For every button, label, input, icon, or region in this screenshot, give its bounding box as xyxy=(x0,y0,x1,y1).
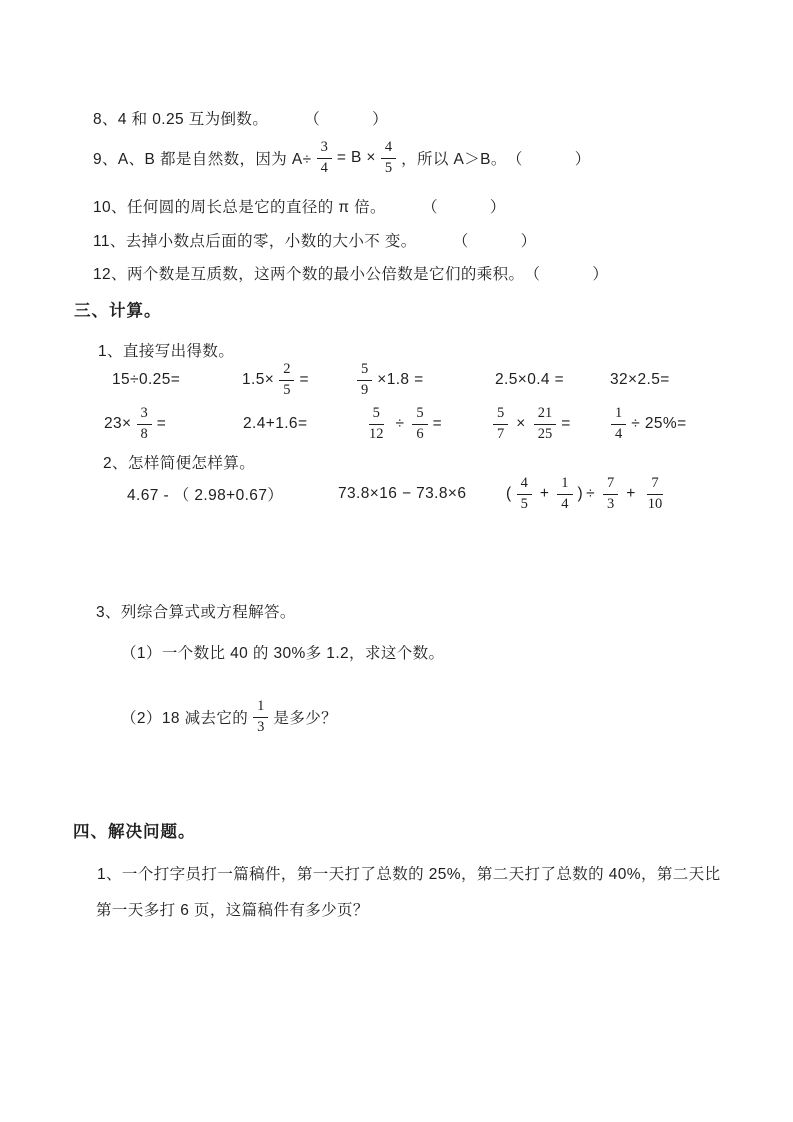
equals: = xyxy=(299,371,308,389)
expression: 1.5× xyxy=(242,371,274,389)
fraction: 73 xyxy=(603,475,618,513)
plus-operator: + xyxy=(540,485,549,503)
calc-q2: （2）18 减去它的 13 是多少？ xyxy=(121,694,337,740)
judge-item-8-text: 8、4 和 0.25 互为倒数。 xyxy=(93,107,268,129)
divide-operator: ÷ xyxy=(586,485,595,503)
fraction: 710 xyxy=(644,475,667,513)
fraction: 57 xyxy=(493,405,508,443)
denominator: 9 xyxy=(357,381,372,399)
question-text: 是多少？ xyxy=(273,706,337,728)
numerator: 5 xyxy=(357,361,372,380)
calc-r2c3: 512 ÷ 56 = xyxy=(360,400,442,448)
judge-item-9-mid: = B × xyxy=(337,149,376,167)
section-3-title: 三、计算。 xyxy=(74,297,162,321)
multiply-operator: × xyxy=(516,415,525,433)
expression: 32×2.5= xyxy=(610,371,670,389)
denominator: 6 xyxy=(412,425,427,443)
denominator: 8 xyxy=(137,425,152,443)
numerator: 3 xyxy=(317,139,332,158)
fraction: 34 xyxy=(317,139,332,177)
fraction: 38 xyxy=(137,405,152,443)
fraction: 14 xyxy=(611,405,626,443)
numerator: 1 xyxy=(611,405,626,424)
plus-operator: + xyxy=(626,485,635,503)
expression: 15÷0.25= xyxy=(112,371,180,389)
paren-open: （ xyxy=(304,107,320,129)
paren-close: ） xyxy=(372,107,388,129)
numerator: 3 xyxy=(137,405,152,424)
judge-item-11: 11、去掉小数点后面的零，小数的大小不 变。（） xyxy=(93,229,537,251)
paren-open: （ xyxy=(524,262,540,284)
paren-close: ） xyxy=(521,229,537,251)
paren-close: ） xyxy=(490,195,506,217)
problem-text: 1、一个打字员打一篇稿件，第一天打了总数的 25%，第二天打了总数的 40%，第… xyxy=(97,862,720,884)
expression: 73.8×16 − 73.8×6 xyxy=(338,485,466,503)
judge-item-10-text: 10、任何圆的周长总是它的直径的 π 倍。 xyxy=(93,195,386,217)
paren-open: （ xyxy=(507,147,523,169)
fraction: 45 xyxy=(517,475,532,513)
paren-close: ） xyxy=(575,147,591,169)
judge-item-9-post: ，所以 A＞B。 xyxy=(401,147,507,169)
numerator: 5 xyxy=(369,405,384,424)
judge-item-12: 12、两个数是互质数，这两个数的最小公倍数是它们的乘积。（） xyxy=(93,262,608,284)
fraction: 2125 xyxy=(534,405,557,443)
calc-sub3-text: 3、列综合算式或方程解答。 xyxy=(96,600,296,622)
numerator: 21 xyxy=(534,405,557,424)
expression: 2.4+1.6= xyxy=(243,415,307,433)
calc-r1c3: 59 ×1.8 = xyxy=(352,356,424,404)
numerator: 4 xyxy=(381,139,396,158)
equals: = xyxy=(433,415,442,433)
expression: 23× xyxy=(104,415,132,433)
expression: 4.67 - （ 2.98+0.67） xyxy=(127,483,283,505)
expression: ÷ 25%= xyxy=(631,415,686,433)
fraction: 45 xyxy=(381,139,396,177)
denominator: 5 xyxy=(381,159,396,177)
paren-open: （ xyxy=(422,195,438,217)
calc-q1: （1）一个数比 40 的 30%多 1.2，求这个数。 xyxy=(121,641,444,663)
question-text: （2）18 减去它的 xyxy=(121,706,248,728)
judge-item-10: 10、任何圆的周长总是它的直径的 π 倍。（） xyxy=(93,195,506,217)
document-page: 8、4 和 0.25 互为倒数。（） 9、A、B 都是自然数，因为 A÷ 34 … xyxy=(0,0,793,1122)
numerator: 1 xyxy=(253,698,268,717)
judge-item-9: 9、A、B 都是自然数，因为 A÷ 34 = B × 45 ，所以 A＞B。（） xyxy=(93,134,591,182)
judge-item-11-text: 11、去掉小数点后面的零，小数的大小不 变。 xyxy=(93,229,417,251)
section-4-title: 四、解决问题。 xyxy=(73,818,196,842)
fraction: 512 xyxy=(365,405,388,443)
calc-sub3-title: 3、列综合算式或方程解答。 xyxy=(96,600,296,622)
numerator: 1 xyxy=(557,475,572,494)
judge-item-12-text: 12、两个数是互质数，这两个数的最小公倍数是它们的乘积。 xyxy=(93,262,524,284)
denominator: 12 xyxy=(365,425,388,443)
calc-r2c5: 14 ÷ 25%= xyxy=(606,400,687,448)
divide-operator: ÷ xyxy=(396,415,405,433)
numerator: 5 xyxy=(412,405,427,424)
expression: 2.5×0.4 = xyxy=(495,371,564,389)
section-4-title-text: 四、解决问题。 xyxy=(73,818,196,842)
calc-r1c4: 2.5×0.4 = xyxy=(495,356,564,404)
paren-close: ) xyxy=(578,485,584,503)
question-text: （1）一个数比 40 的 30%多 1.2，求这个数。 xyxy=(121,641,444,663)
denominator: 5 xyxy=(517,495,532,513)
fraction: 14 xyxy=(557,475,572,513)
calc-r2c2: 2.4+1.6= xyxy=(243,400,307,448)
fraction: 56 xyxy=(412,405,427,443)
denominator: 4 xyxy=(611,425,626,443)
paren-open: ( xyxy=(506,485,512,503)
solve-p1-line1: 1、一个打字员打一篇稿件，第一天打了总数的 25%，第二天打了总数的 40%，第… xyxy=(97,862,720,884)
denominator: 4 xyxy=(317,159,332,177)
denominator: 25 xyxy=(534,425,557,443)
paren-close: ） xyxy=(592,262,608,284)
simplify-expr-3: ( 45 + 14 ) ÷ 73 + 710 xyxy=(506,468,671,520)
problem-text: 第一天多打 6 页，这篇稿件有多少页？ xyxy=(96,898,369,920)
numerator: 2 xyxy=(279,361,294,380)
judge-item-9-pre: 9、A、B 都是自然数，因为 A÷ xyxy=(93,147,312,169)
numerator: 7 xyxy=(603,475,618,494)
simplify-expr-2: 73.8×16 − 73.8×6 xyxy=(338,468,466,520)
denominator: 5 xyxy=(279,381,294,399)
section-3-title-text: 三、计算。 xyxy=(74,297,162,321)
simplify-expr-1: 4.67 - （ 2.98+0.67） xyxy=(127,468,283,520)
calc-r1c5: 32×2.5= xyxy=(610,356,670,404)
numerator: 7 xyxy=(647,475,662,494)
calc-r2c1: 23× 38 = xyxy=(104,400,166,448)
numerator: 5 xyxy=(493,405,508,424)
denominator: 10 xyxy=(644,495,667,513)
denominator: 4 xyxy=(557,495,572,513)
fraction: 13 xyxy=(253,698,268,736)
calc-r2c4: 57 × 2125 = xyxy=(488,400,571,448)
equals: = xyxy=(561,415,570,433)
calc-r1c1: 15÷0.25= xyxy=(112,356,180,404)
fraction: 59 xyxy=(357,361,372,399)
equals: = xyxy=(157,415,166,433)
fraction: 25 xyxy=(279,361,294,399)
paren-open: （ xyxy=(453,229,469,251)
numerator: 4 xyxy=(517,475,532,494)
denominator: 3 xyxy=(253,718,268,736)
judge-item-8: 8、4 和 0.25 互为倒数。（） xyxy=(93,107,388,129)
denominator: 3 xyxy=(603,495,618,513)
expression: ×1.8 = xyxy=(377,371,423,389)
solve-p1-line2: 第一天多打 6 页，这篇稿件有多少页？ xyxy=(96,898,369,920)
denominator: 7 xyxy=(493,425,508,443)
calc-r1c2: 1.5× 25 = xyxy=(242,356,309,404)
